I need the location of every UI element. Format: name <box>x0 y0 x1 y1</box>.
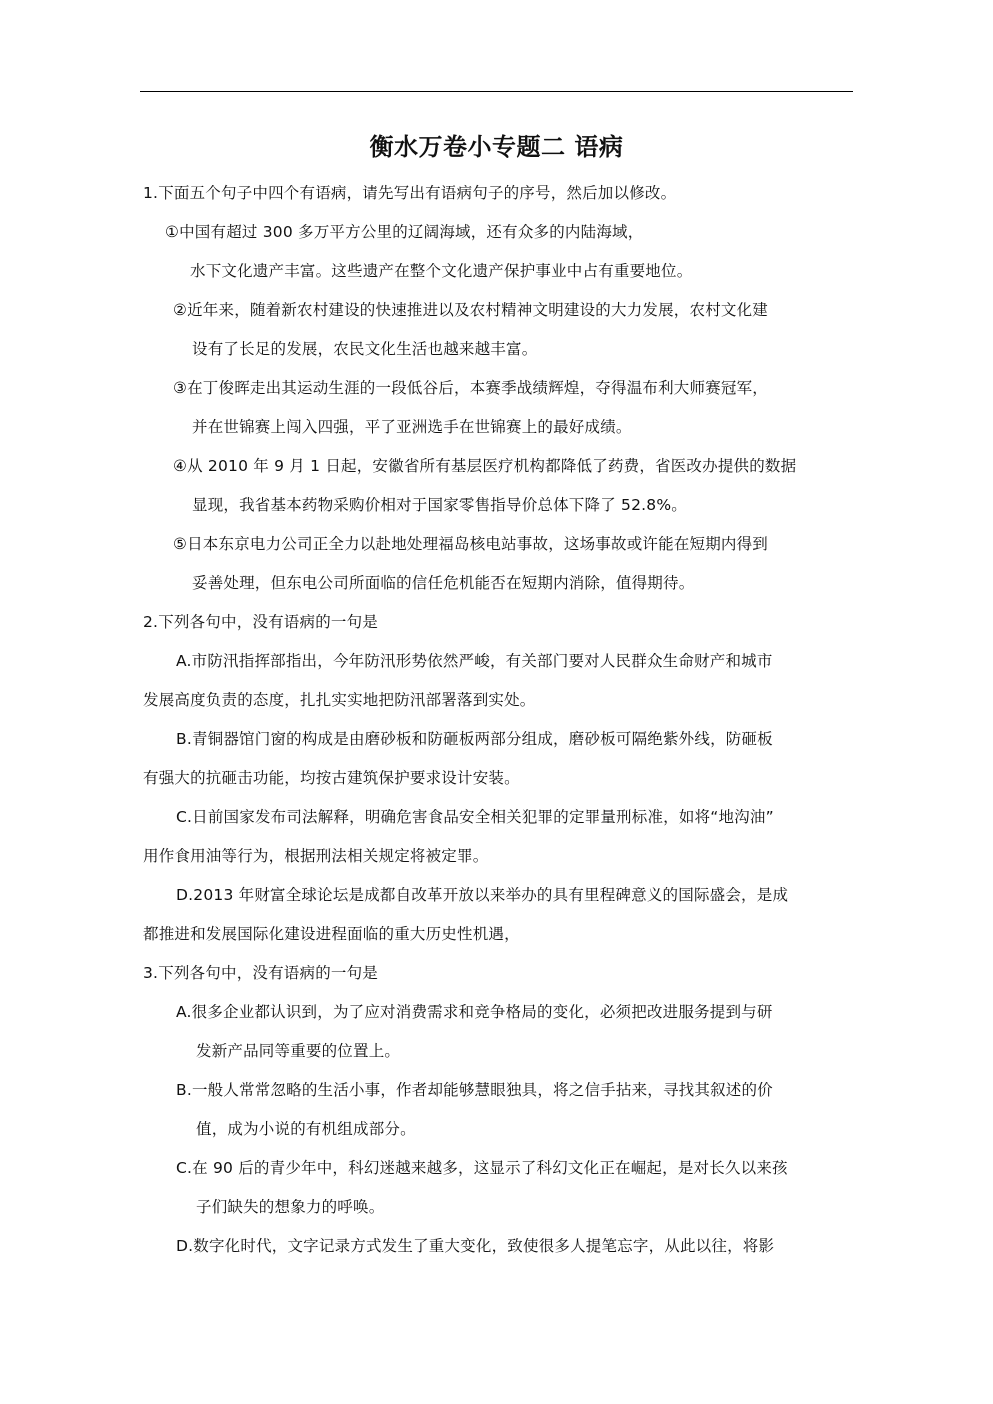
question-2-option-c-line-1: C.日前国家发布司法解释，明确危害食品安全相关犯罪的定罪量刑标准，如将“地沟油” <box>176 807 774 827</box>
question-1-sentence-1-line-2: 水下文化遗产丰富。这些遗产在整个文化遗产保护事业中占有重要地位。 <box>190 261 692 281</box>
question-1-sentence-4-line-1: ④从 2010 年 9 月 1 日起，安徽省所有基层医疗机构都降低了药费，省医改… <box>173 456 796 476</box>
question-1-sentence-2-line-1: ②近年来，随着新农村建设的快速推进以及农村精神文明建设的大力发展，农村文化建 <box>173 300 768 320</box>
question-3-option-d-line-1: D.数字化时代，文字记录方式发生了重大变化，致使很多人提笔忘字，从此以往，将影 <box>176 1236 774 1256</box>
question-1-sentence-1-line-1: ①中国有超过 300 多万平方公里的辽阔海域，还有众多的内陆海域， <box>165 222 643 242</box>
question-2-option-d-line-2: 都推进和发展国际化建设进程面临的重大历史性机遇， <box>143 924 520 944</box>
question-1-sentence-4-line-2: 显现，我省基本药物采购价相对于国家零售指导价总体下降了 52.8%。 <box>192 495 687 515</box>
question-2-stem: 2.下列各句中，没有语病的一句是 <box>143 612 378 632</box>
question-3-option-b-line-2: 值，成为小说的有机组成部分。 <box>196 1119 416 1139</box>
question-3-option-b-line-1: B.一般人常常忽略的生活小事，作者却能够慧眼独具，将之信手拈来，寻找其叙述的价 <box>176 1080 773 1100</box>
document-title: 衡水万卷小专题二 语病 <box>0 130 993 164</box>
question-2-option-b-line-2: 有强大的抗砸击功能，均按古建筑保护要求设计安装。 <box>143 768 520 788</box>
question-1-sentence-5-line-2: 妥善处理，但东电公司所面临的信任危机能否在短期内消除，值得期待。 <box>192 573 694 593</box>
question-1-stem: 1.下面五个句子中四个有语病，请先写出有语病句子的序号，然后加以修改。 <box>143 183 676 203</box>
question-2-option-d-line-1: D.2013 年财富全球论坛是成都自改革开放以来举办的具有里程碑意义的国际盛会，… <box>176 885 788 905</box>
question-1-sentence-5-line-1: ⑤日本东京电力公司正全力以赴地处理福岛核电站事故，这场事故或许能在短期内得到 <box>173 534 768 554</box>
question-1-sentence-3-line-2: 并在世锦赛上闯入四强，平了亚洲选手在世锦赛上的最好成绩。 <box>192 417 632 437</box>
header-rule <box>140 91 853 92</box>
question-2-option-c-line-2: 用作食用油等行为，根据刑法相关规定将被定罪。 <box>143 846 488 866</box>
question-3-option-c-line-2: 子们缺失的想象力的呼唤。 <box>196 1197 384 1217</box>
question-1-sentence-3-line-1: ③在丁俊晖走出其运动生涯的一段低谷后，本赛季战绩辉煌，夺得温布利大师赛冠军， <box>173 378 768 398</box>
question-3-option-a-line-1: A.很多企业都认识到，为了应对消费需求和竞争格局的变化，必须把改进服务提到与研 <box>176 1002 773 1022</box>
question-1-sentence-2-line-2: 设有了长足的发展，农民文化生活也越来越丰富。 <box>192 339 537 359</box>
question-2-option-b-line-1: B.青铜器馆门窗的构成是由磨砂板和防砸板两部分组成，磨砂板可隔绝紫外线，防砸板 <box>176 729 773 749</box>
question-3-option-c-line-1: C.在 90 后的青少年中，科幻迷越来越多，这显示了科幻文化正在崛起，是对长久以… <box>176 1158 788 1178</box>
question-2-option-a-line-2: 发展高度负责的态度，扎扎实实地把防汛部署落到实处。 <box>143 690 536 710</box>
question-3-option-a-line-2: 发新产品同等重要的位置上。 <box>196 1041 400 1061</box>
question-2-option-a-line-1: A.市防汛指挥部指出，今年防汛形势依然严峻，有关部门要对人民群众生命财产和城市 <box>176 651 773 671</box>
question-3-stem: 3.下列各句中，没有语病的一句是 <box>143 963 378 983</box>
